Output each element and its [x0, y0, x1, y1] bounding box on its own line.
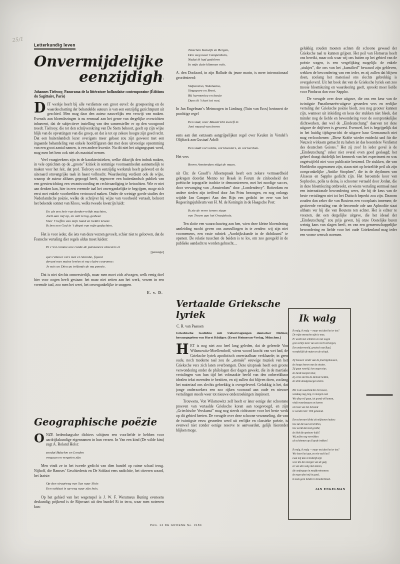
paragraph: De vreugde over deze uitgave, die ons ee… [300, 97, 397, 238]
poem-stanza: Het is de waarheid die het bouwt,vandaag… [293, 388, 347, 413]
article-grieksche-lyriek: Vertaalde Grieksche lyriek C. R. van Paa… [176, 299, 288, 433]
newspaper-page: 25/1 Letterkundig leven Onvermijdelijke … [0, 0, 400, 564]
article-heading: Vertaalde Grieksche lyriek [176, 299, 288, 321]
verse-quote: Tusschen Katwijk en Bergen,Den weg naar … [188, 48, 288, 67]
paragraph: uit Chr. de Graaff’s Alleenspraak heeft … [176, 171, 288, 205]
section-kicker: Letterkundig leven [34, 43, 75, 50]
verse-line: ik zoek geen helden in broederbloed. [293, 477, 347, 481]
page-footer-text: PAG. 14 DE GROENE No. 3184 [150, 524, 260, 527]
paragraph: Trouwens, Von Wilamowitz zelf heeft er l… [176, 399, 288, 433]
article-title: Onvermijdelijke eenzijdigheid [34, 54, 164, 85]
verse-line: van Trouw aan het Oranjehuis. [188, 213, 288, 218]
column-left-content: Letterkundig leven Onvermijdelijke eenzi… [34, 40, 164, 509]
poem-inner: Ik walg Ik walg, ik walg — maar wat doet… [289, 309, 350, 496]
article-geographische-poezie: Geographische poëzie ONZE hedendaagsche … [34, 417, 164, 510]
paragraph: In Jan Engelman’s Meimorgen in Limburg (… [176, 107, 288, 117]
column-right: gelukkig zouden moeten achten dit schoon… [300, 46, 397, 304]
book-reference: Griechische Gedichte mit Uebertragungen … [176, 332, 288, 341]
paragraph-text: NZE hedendaagsche dichters schijnen een … [46, 433, 164, 447]
drop-cap: H [176, 344, 189, 356]
paragraph: Men vindt ze in het tweede gedicht van d… [34, 464, 164, 479]
article-eenzijdigheid: Letterkundig leven Onvermijdelijke eenzi… [34, 40, 164, 409]
verse-line: vergaan en vergeten zijn [46, 455, 164, 460]
verse-quote: Op den straatweg van Sas naar SluisEen s… [46, 482, 164, 492]
drop-cap: D [34, 102, 46, 114]
verse-quote: Een stad, voor Maastricht zweeft inJuni … [188, 120, 288, 130]
verse-line: Ik ben een God in ’t diepst van mijn ged… [46, 224, 164, 229]
poem-stanza: Zij bouwen verder aan de prachtgebouwen,… [293, 359, 347, 384]
scan-smudge [366, 394, 393, 396]
poem-signature: JAN ENGELMAN [293, 488, 346, 491]
paragraph: Op het gebied van het wagenspel is J. W.… [34, 495, 164, 510]
verse-line: Een stadt vol volcks, vol kloosters, en … [188, 146, 288, 151]
verse-line: Een soldaat is op weg naar zijn huis. [46, 487, 164, 492]
poem-stanza: Ik walg, ik walg — maar wat doet het er … [293, 329, 347, 354]
column-middle-content: Tusschen Katwijk en Bergen,Den weg naar … [176, 48, 288, 433]
scanned-newspaper-page: { "colors": { "paper": "#e5e3de", "ink":… [0, 0, 400, 564]
drop-cap: O [34, 433, 44, 444]
paragraph: Dat is niet slechts onmeesterlijk, maar … [34, 273, 164, 288]
verse-quote-french: Et c’est comme une ronde de puissances o… [46, 245, 164, 269]
verse-line: verzakelijkt de maten en de schaal. [293, 350, 347, 354]
verse-quote: zoodat Babylon en Londenvergaan en verge… [46, 451, 164, 461]
verse-quote: Een stadt vol volcks, vol kloosters, en … [188, 146, 288, 151]
verse-line: te worden hier: Wilt gebannd. [293, 409, 347, 413]
article-heading: Geographische poëzie [34, 417, 164, 428]
paragraph: DIT werkje heeft bij alle verdienste een… [34, 102, 164, 155]
article-title-line2: eenzijdigheid [79, 69, 164, 85]
verse-quote: Ik zie de verre torens staanvan Trouw aa… [188, 208, 288, 218]
paragraph: Ten slotte een waarschuwing aan hen, wie… [176, 222, 288, 246]
column-right-content: gelukkig zouden moeten achten dit schoon… [300, 46, 397, 237]
page-footer: PAG. 14 DE GROENE No. 3184 [150, 524, 260, 532]
paragraph-text: IT werkje heeft bij alle verdienste een … [34, 102, 164, 155]
verse-quote-kloos: En als een heir van donker-wilde machten… [46, 209, 164, 228]
paragraph: A. den Doolaard, in zijn Ballade du jeun… [176, 71, 288, 81]
paragraph: HET is nog niet zoo heel lang geleden, d… [176, 344, 288, 397]
article-title-line1: Onvermijdelijke [34, 53, 163, 70]
verse-line: als schimmen op d’aarde trekken! [293, 439, 347, 443]
article-byline: Johannes Tielrooy, Panorama de la littér… [34, 89, 164, 98]
verse-quote: Boven Amsterdam stijgt de maan. [188, 163, 288, 168]
verse-quote: Valparaiso, Yokohama,Singapore en Brest,… [188, 84, 288, 103]
verse-line: de stille doodgezwegen zielen. [293, 380, 347, 384]
verse-line: Dans ik ’t hart tot rust. [188, 98, 288, 103]
column-middle: Tusschen Katwijk en Bergen,Den weg naar … [176, 46, 288, 534]
paragraph: Veel vraagteekens zijn in de karakterist… [34, 157, 164, 206]
article-author: C. R. van Paassen [177, 324, 289, 329]
poem-content: Ik walg Ik walg, ik walg — maar wat doet… [289, 309, 350, 496]
article-geographische-poezie-continued: Tusschen Katwijk en Bergen,Den weg naar … [176, 48, 288, 292]
poem-stanza: Ik walg, ik walg — maar wat doet het er … [293, 448, 347, 482]
paragraph-text: ET is nog niet zoo heel lang geleden, da… [176, 344, 288, 397]
verse-line: Boven Amsterdam stijgt de maan. [188, 163, 288, 168]
poem-box: Ik walg Ik walg, ik walg — maar wat doet… [288, 308, 351, 520]
verse-line: In mijn duin klimmen ruïn. [188, 62, 288, 67]
paragraph: Het vers [176, 154, 288, 159]
poem-stanza: Een schreeuw klinkt uit miljoenen hutten… [293, 418, 347, 443]
column-left: Letterkundig leven Onvermijdelijke eenzi… [34, 40, 164, 534]
verse-line: Juni maand van boven [188, 125, 288, 130]
poem-title: Ik walg [299, 314, 347, 325]
paragraph: gelukkig zouden moeten achten dit schoon… [300, 46, 397, 95]
reviewer-signature: E. v. D. [34, 291, 163, 295]
paragraph: Het is voor ieder, die iets van deze ver… [34, 232, 164, 242]
paragraph: ONZE hedendaagsche dichters schijnen een… [34, 433, 164, 448]
verse-line: Je suis un Dieu au tréfonds de ma pensée… [46, 264, 164, 269]
paragraph: eens aan den eenzaam aangrijpelijken reg… [176, 133, 288, 143]
